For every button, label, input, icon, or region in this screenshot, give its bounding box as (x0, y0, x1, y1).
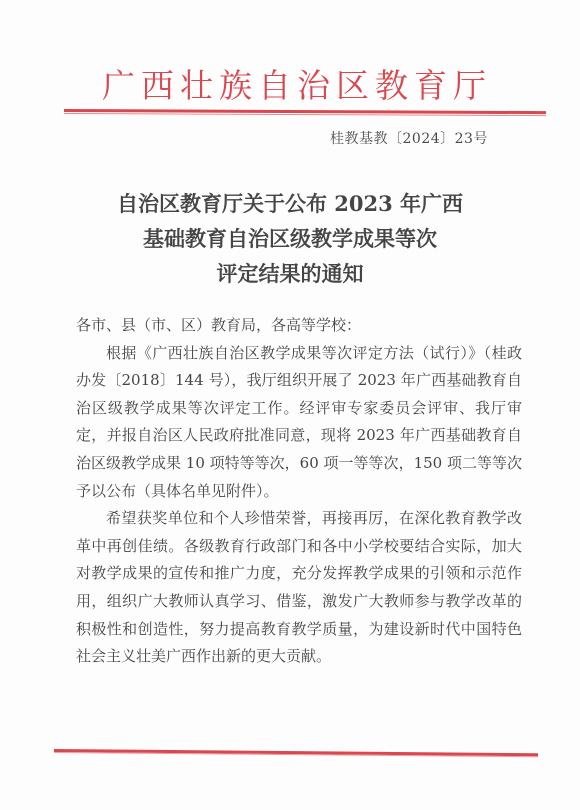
title-line: 评定结果的通知 (0, 256, 580, 291)
title-line: 基础教育自治区级教学成果等次 (0, 221, 580, 256)
document-number: 桂教基教〔2024〕23号 (330, 128, 488, 148)
body-paragraph: 希望获奖单位和个人珍惜荣誉，再接再厉，在深化教育教学改革中再创佳绩。各级教育行政… (76, 505, 522, 671)
body-paragraph: 根据《广西壮族自治区教学成果等次评定方法（试行）》（桂政办发〔2018〕144 … (76, 340, 522, 506)
document-body: 各市、县（市、区）教育局，各高等学校： 根据《广西壮族自治区教学成果等次评定方法… (76, 312, 522, 671)
salutation: 各市、县（市、区）教育局，各高等学校： (76, 312, 522, 340)
masthead-agency-name: 广西壮族自治区教育厅 (0, 66, 580, 106)
document-title: 自治区教育厅关于公布 2023 年广西 基础教育自治区级教学成果等次 评定结果的… (0, 186, 580, 291)
title-line: 自治区教育厅关于公布 2023 年广西 (0, 186, 580, 221)
